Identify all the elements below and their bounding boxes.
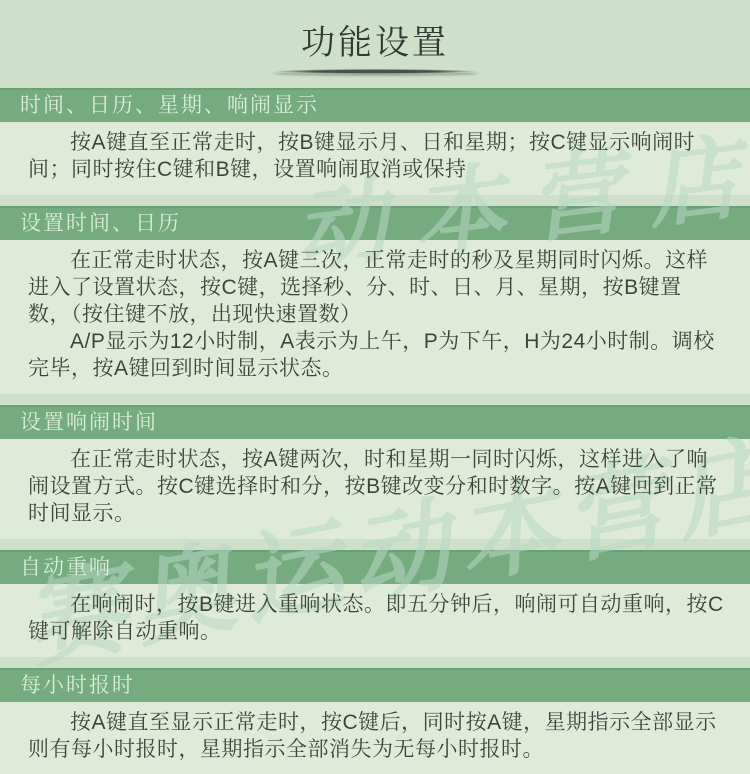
section-body: 在响闹时，按B键进入重响状态。即五分钟后，响闹可自动重响，按C键可解除自动重响。 <box>0 584 750 657</box>
section-heading: 设置响闹时间 <box>20 411 158 434</box>
section-heading-bar: 设置时间、日历 <box>0 206 750 240</box>
section-heading-bar: 设置响闹时间 <box>0 405 750 439</box>
section-paragraph: 在正常走时状态，按A键三次，正常走时的秒及星期同时闪烁。这样进入了设置状态，按C… <box>28 247 724 328</box>
section-auto-snooze: 自动重响 在响闹时，按B键进入重响状态。即五分钟后，响闹可自动重响，按C键可解除… <box>0 550 750 657</box>
section-hourly-chime: 每小时报时 按A键直至显示正常走时，按C键后，同时按A键，星期指示全部显示则有每… <box>0 668 750 774</box>
section-body: 按A键直至正常走时，按B键显示月、日和星期；按C键显示响闹时间；同时按住C键和B… <box>0 122 750 195</box>
section-body: 按A键直至显示正常走时，按C键后，同时按A键，星期指示全部显示则有每小时报时，星… <box>0 702 750 774</box>
title-underline <box>273 69 478 74</box>
section-time-calendar-week-alarm-display: 时间、日历、星期、响闹显示 按A键直至正常走时，按B键显示月、日和星期；按C键显… <box>0 88 750 195</box>
section-heading-bar: 每小时报时 <box>0 668 750 702</box>
instruction-page: 功能设置 时间、日历、星期、响闹显示 按A键直至正常走时，按B键显示月、日和星期… <box>0 0 750 774</box>
section-body: 在正常走时状态，按A键两次，时和星期一同时闪烁，这样进入了响闹设置方式。按C键选… <box>0 439 750 539</box>
section-heading: 设置时间、日历 <box>20 212 181 235</box>
section-heading: 自动重响 <box>20 556 112 579</box>
section-heading-bar: 自动重响 <box>0 550 750 584</box>
section-set-time-calendar: 设置时间、日历 在正常走时状态，按A键三次，正常走时的秒及星期同时闪烁。这样进入… <box>0 206 750 394</box>
section-paragraph: 按A键直至显示正常走时，按C键后，同时按A键，星期指示全部显示则有每小时报时，星… <box>28 709 724 763</box>
section-paragraph: 在正常走时状态，按A键两次，时和星期一同时闪烁，这样进入了响闹设置方式。按C键选… <box>28 446 724 527</box>
section-heading-bar: 时间、日历、星期、响闹显示 <box>0 88 750 122</box>
section-set-alarm-time: 设置响闹时间 在正常走时状态，按A键两次，时和星期一同时闪烁，这样进入了响闹设置… <box>0 405 750 539</box>
section-heading: 每小时报时 <box>20 674 135 697</box>
title-band: 功能设置 <box>0 0 750 88</box>
page-title: 功能设置 <box>0 15 750 64</box>
section-paragraph: 在响闹时，按B键进入重响状态。即五分钟后，响闹可自动重响，按C键可解除自动重响。 <box>28 591 724 645</box>
section-heading: 时间、日历、星期、响闹显示 <box>20 94 319 117</box>
section-body: 在正常走时状态，按A键三次，正常走时的秒及星期同时闪烁。这样进入了设置状态，按C… <box>0 240 750 394</box>
section-paragraph: 按A键直至正常走时，按B键显示月、日和星期；按C键显示响闹时间；同时按住C键和B… <box>28 129 724 183</box>
section-paragraph: A/P显示为12小时制，A表示为上午，P为下午，H为24小时制。调校完毕，按A键… <box>28 328 724 382</box>
